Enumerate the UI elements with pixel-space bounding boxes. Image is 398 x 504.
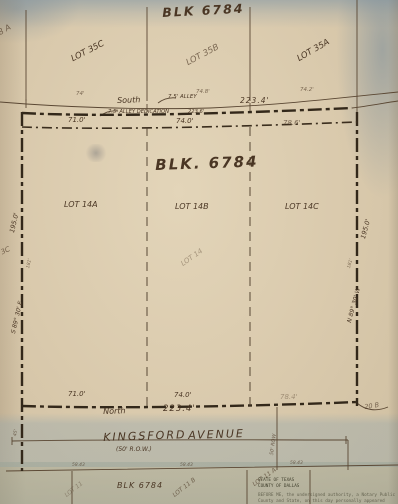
block-top-dim-c: 78.6': [283, 120, 301, 127]
north-direction-label: North: [103, 407, 126, 416]
legal-line-2: COUNTY OF DALLAS: [258, 484, 395, 490]
corner-note: 20 B: [364, 402, 380, 410]
tick-dim-left: 74': [76, 92, 85, 98]
bottom-dim-c: 58.43: [290, 462, 303, 467]
tick-dim-mid: 74.8': [196, 90, 210, 96]
bottom-dim-b: 58.43: [180, 464, 193, 469]
tick-dim-right: 74.2': [300, 88, 314, 94]
block-bottom-dim-c: 78.4': [280, 394, 298, 401]
lot-14c-label: LOT 14C: [285, 203, 319, 211]
bottom-block-label: BLK 6784: [117, 482, 163, 490]
lot-14b-label: LOT 14B: [175, 203, 209, 211]
alley-dedication-label: 7.5' ALLEY DEDICATION: [108, 110, 169, 115]
alley-dedication-dim: 223.6': [188, 110, 204, 115]
street-row-label: (50' R.O.W.): [116, 447, 152, 453]
block-top-dim-b: 74.0': [176, 118, 194, 125]
legal-text-block: STATE OF TEXAS COUNTY OF DALLAS BEFORE M…: [258, 478, 395, 504]
bottom-dim-a: 58.43: [72, 464, 85, 469]
legal-line-4: County and State, on this day personally…: [258, 499, 395, 504]
block-bottom-dim-b: 74.0': [174, 392, 192, 399]
alley-label: 7.5' ALLEY: [168, 95, 197, 101]
survey-plat-scan: BLK 6784 LOT 35C LOT 35B LOT 35A 8 A 74'…: [0, 0, 398, 504]
street-name-2: AVENUE: [188, 428, 245, 441]
south-direction-label: South: [117, 96, 141, 105]
street-name-1: KINGSFORD: [103, 429, 187, 443]
south-length-dim: 223.4': [163, 405, 196, 414]
block-top-dim-a: 71.0': [68, 117, 86, 124]
block-bottom-dim-a: 71.0': [68, 391, 86, 398]
alley-length-dim: 223.4': [240, 97, 270, 105]
lot-14a-label: LOT 14A: [64, 201, 98, 209]
main-block-label: BLK. 6784: [155, 154, 259, 173]
